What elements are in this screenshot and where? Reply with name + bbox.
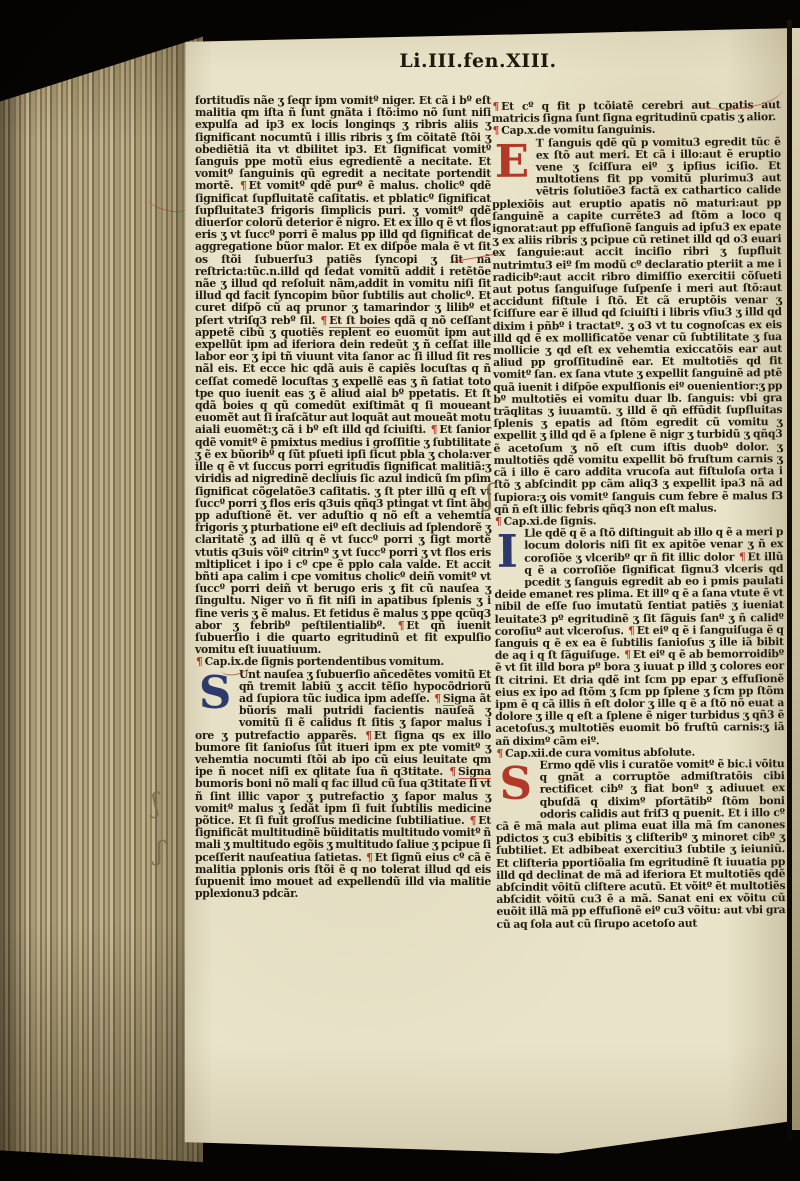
text-paragraph: SErmo qdẽ vlis i curatõe vomitº ẽ bic.i … [495,758,785,931]
book-fore-edge-pages [0,0,203,1181]
pilcrow-mark: ¶ [627,624,637,637]
pilcrow-mark: ¶ [430,423,440,436]
text-column-left: fortitudīs nãe ʒ ſeqr ipm vomitº niger. … [195,95,491,900]
pilcrow-mark: ¶ [448,765,458,778]
pilcrow-mark: ¶ [623,648,633,661]
text-segment: Et vomitº qdẽ purº ẽ malus. cholicº qdẽ … [195,179,491,326]
text-segment: T ſanguis qdẽ qũ p vomitu3 egredit tũc ẽ… [492,135,783,516]
text-segment: Et cº q fit p tcõiatẽ cerebri aut cpatis… [492,98,781,125]
text-column-right: ¶Et cº q fit p tcõiatẽ cerebri aut cpati… [491,99,785,931]
pilcrow-mark: ¶ [195,655,205,668]
drop-cap-initial: I [494,529,520,577]
text-segment: Ermo qdẽ vlis i curatõe vomitº ẽ bic.i v… [496,757,786,930]
text-segment: qdã q nõ ceſſant appetẽ cibũ ʒ quotiẽs r… [195,314,491,437]
drop-cap-initial: E [492,138,532,186]
book-page: Li.III.fen.XIII. fortitudīs nãe ʒ ſeqr i… [183,26,787,1158]
text-paragraph: fortitudīs nãe ʒ ſeqr ipm vomitº niger. … [195,95,491,656]
text-segment: Et ſanior qdẽ vomitº ẽ pmixtus medius i … [195,423,491,631]
drop-cap-initial: S [495,761,535,809]
pilcrow-mark: ¶ [492,124,502,137]
pilcrow-mark: ¶ [365,851,375,864]
drop-cap-initial: S [195,670,235,718]
text-segment: Et eiº q ẽ ab bemorroidibº ẽ vt ſit illd… [495,647,784,747]
pilcrow-mark: ¶ [469,814,479,827]
folio-header: Li.III.fen.XIII. [343,50,613,72]
text-segment: bumoris boni nõ mali q fac illud cũ ſua … [195,777,491,827]
pilcrow-mark: ¶ [364,729,374,742]
text-paragraph: SUnt nauſea ʒ ſubuerſio añcedẽtes vomitũ… [195,669,491,901]
text-segment: fortitudīs nãe ʒ ſeqr ipm vomitº niger. … [195,94,491,192]
text-paragraph: ¶Et cº q fit p tcõiatẽ cerebri aut cpati… [491,99,780,125]
pilcrow-mark: ¶ [239,179,249,192]
pilcrow-mark: ¶ [494,515,504,528]
facing-page-edge [792,28,800,1130]
pilcrow-mark: ¶ [320,314,330,327]
pilcrow-mark: ¶ [433,692,443,705]
rubric-text: Cap.ix.de ſignis portendentibus vomitum. [205,655,444,668]
pilcrow-mark: ¶ [491,100,501,113]
text-paragraph: ILle qdẽ q ẽ a ſtõ diſtinguit ab illo q … [494,526,784,747]
text-paragraph: ET ſanguis qdẽ qũ p vomitu3 egredit tũc … [492,136,783,516]
pilcrow-mark: ¶ [495,747,505,760]
pilcrow-mark: ¶ [397,619,407,632]
pilcrow-mark: ¶ [738,550,748,563]
